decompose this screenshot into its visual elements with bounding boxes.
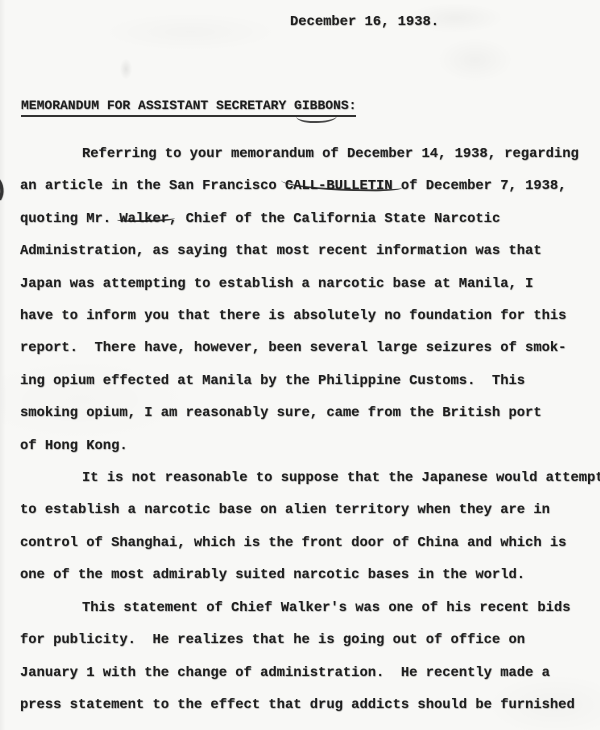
memo-text: one of the most admirably suited narcoti… [20, 568, 525, 583]
heading-word-gibbons: GIBBONS [294, 98, 349, 113]
memo-text: Referring to your memorandum of December… [82, 147, 579, 162]
memo-line: have to inform you that there is absolut… [20, 301, 582, 333]
memo-line: It is not reasonable to suppose that the… [20, 463, 582, 495]
memo-line: press statement to the effect that drug … [20, 690, 582, 722]
memo-line: of Hong Kong. [20, 431, 582, 463]
memo-line: to establish a narcotic base on alien te… [20, 495, 582, 527]
memo-heading: MEMORANDUM FOR ASSISTANT SECRETARY GIBBO… [21, 98, 356, 117]
heading-text: : [349, 98, 357, 113]
memo-line: ing opium effected at Manila by the Phil… [20, 366, 582, 398]
memo-text: to establish a narcotic base on alien te… [20, 503, 550, 518]
memo-line: January 1 with the change of administrat… [20, 658, 582, 690]
memo-text: quoting Mr. [20, 212, 119, 227]
memo-line: This statement of Chief Walker's was one… [20, 593, 582, 625]
memo-text: press statement to the effect that drug … [20, 698, 575, 713]
memo-line: report. There have, however, been severa… [20, 333, 582, 365]
memo-text: , Chief of the California State Narcotic [169, 212, 500, 227]
memo-line: an article in the San Francisco CALL-BUL… [20, 171, 582, 203]
memo-line: Administration, as saying that most rece… [20, 236, 582, 268]
hand-underlined-text: Walker [119, 212, 169, 227]
memo-text: of Hong Kong. [20, 439, 128, 454]
memo-line: Referring to your memorandum of December… [20, 139, 582, 171]
memo-body: Referring to your memorandum of December… [20, 139, 582, 722]
memo-line: quoting Mr. Walker, Chief of the Califor… [20, 204, 582, 236]
pen-margin-mark: ) [0, 175, 9, 203]
memo-text: smoking opium, I am reasonably sure, cam… [20, 406, 542, 421]
memo-line: one of the most admirably suited narcoti… [20, 560, 582, 592]
memo-line: smoking opium, I am reasonably sure, cam… [20, 398, 582, 430]
memo-text: for publicity. He realizes that he is go… [20, 633, 525, 648]
memo-text: This statement of Chief Walker's was one… [82, 601, 571, 616]
memo-text: Administration, as saying that most rece… [20, 244, 542, 259]
memo-text: ing opium effected at Manila by the Phil… [20, 374, 525, 389]
memo-text: an article in the San Francisco [20, 179, 285, 194]
memo-text: of December 7, 1938, [393, 179, 567, 194]
memo-text: have to inform you that there is absolut… [20, 309, 566, 324]
memo-text: It is not reasonable to suppose that the… [82, 471, 600, 486]
memo-line: for publicity. He realizes that he is go… [20, 625, 582, 657]
memo-line: Japan was attempting to establish a narc… [20, 269, 582, 301]
document-page: December 16, 1938. MEMORANDUM FOR ASSIST… [0, 0, 600, 730]
heading-text: MEMORANDUM FOR ASSISTANT SECRETARY [21, 98, 294, 113]
memo-text: January 1 with the change of administrat… [20, 666, 550, 681]
memo-text: control of Shanghai, which is the front … [20, 536, 566, 551]
memo-line: control of Shanghai, which is the front … [20, 528, 582, 560]
hand-underlined-text: CALL-BULLETIN [285, 179, 393, 194]
memo-text: Japan was attempting to establish a narc… [20, 277, 533, 292]
memo-text: report. There have, however, been severa… [20, 341, 566, 356]
date-line: December 16, 1938. [290, 15, 439, 31]
